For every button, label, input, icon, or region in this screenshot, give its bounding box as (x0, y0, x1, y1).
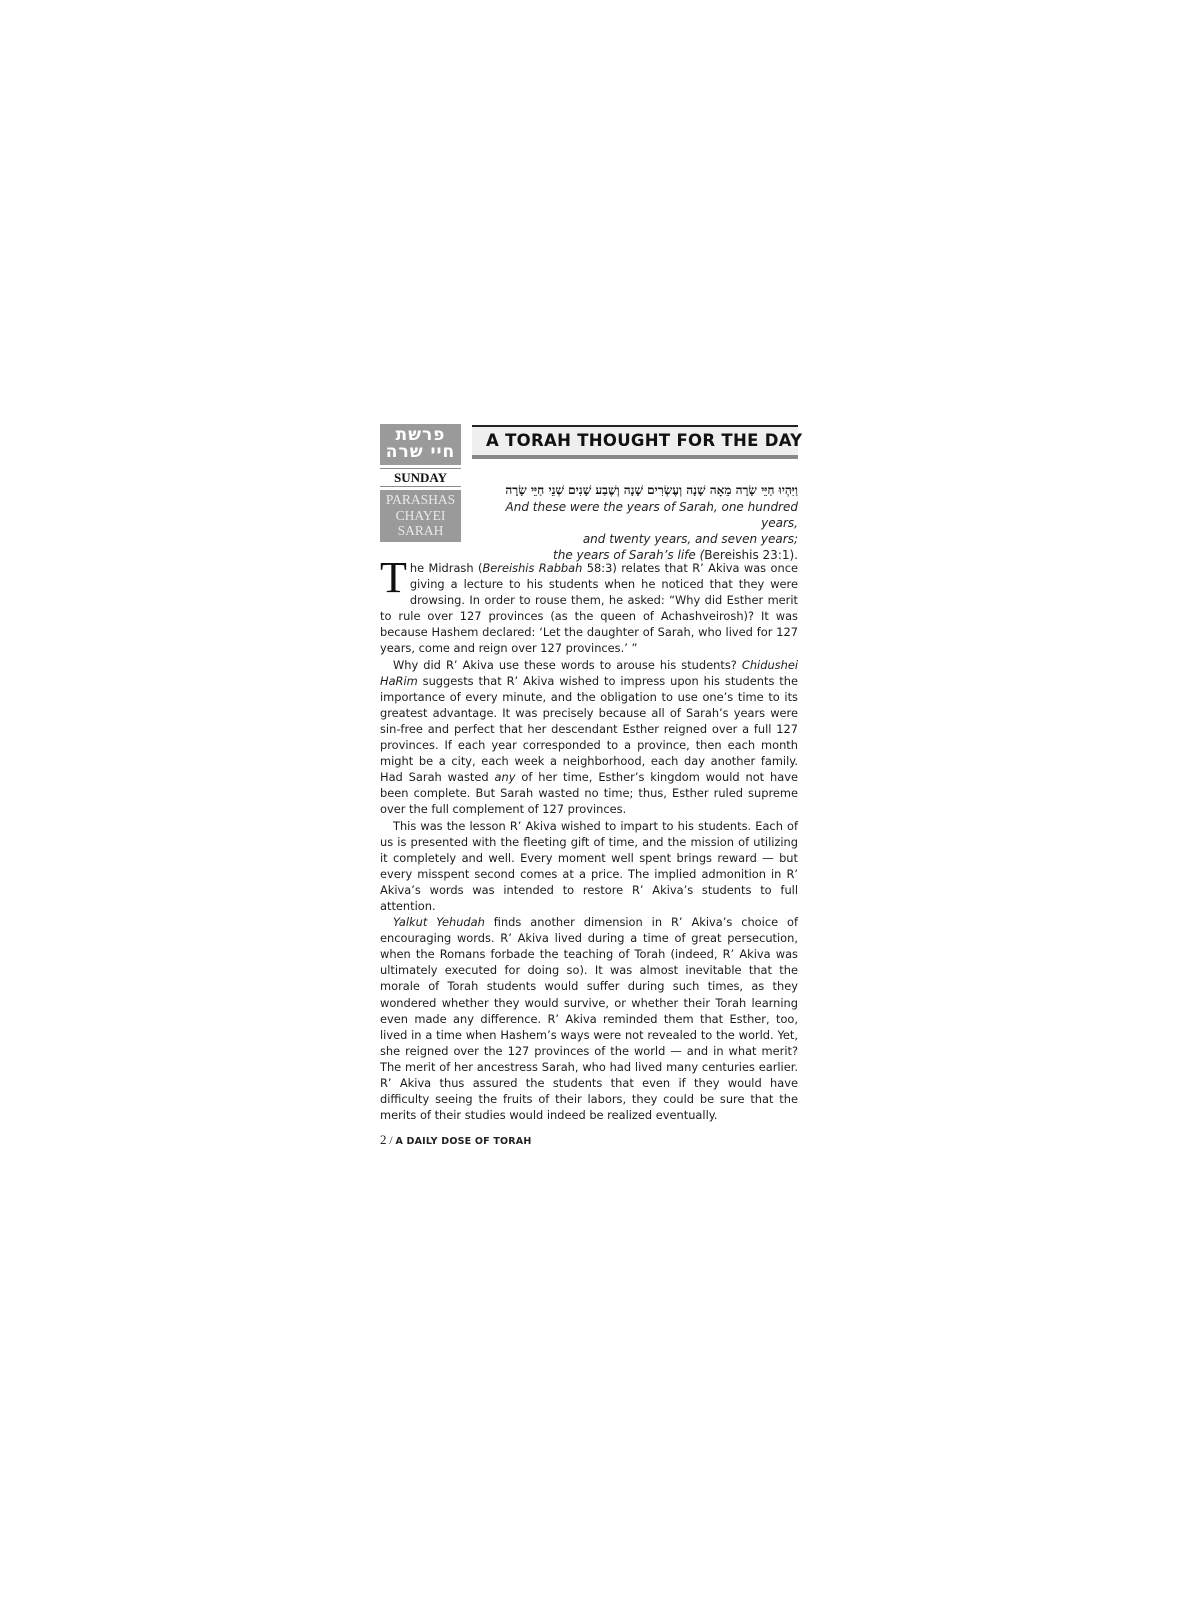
article-body: The Midrash (Bereishis Rabbah 58:3) rela… (380, 560, 798, 1123)
verse-english-line1: And these were the years of Sarah, one h… (472, 499, 798, 531)
parasha-english-line3: SARAH (380, 523, 461, 539)
emphasis: any (495, 770, 516, 784)
parasha-english-box: PARASHAS CHAYEI SARAH (380, 490, 461, 542)
text: suggests that R’ Akiva wished to impress… (380, 674, 798, 785)
parasha-english-line1: PARASHAS (380, 492, 461, 508)
section-header: A TORAH THOUGHT FOR THE DAY (472, 425, 798, 456)
text: 58:3) relates that R’ Akiva was once giv… (380, 561, 798, 655)
text: he Midrash ( (410, 561, 483, 575)
parasha-sidebar: פרשת חיי שרה SUNDAY PARASHAS CHAYEI SARA… (380, 424, 461, 542)
text: Why did R’ Akiva use these words to arou… (393, 658, 742, 672)
parasha-english-line2: CHAYEI (380, 508, 461, 524)
paragraph-3: This was the lesson R’ Akiva wished to i… (380, 818, 798, 915)
text: finds another dimension in R’ Akiva’s ch… (380, 915, 798, 1122)
verse-block: וַיִּהְיוּ חַיֵּי שָׂרָה מֵאָה שָׁנָה וְ… (472, 482, 798, 563)
paragraph-4: Yalkut Yehudah finds another dimension i… (380, 914, 798, 1123)
paragraph-1: The Midrash (Bereishis Rabbah 58:3) rela… (380, 560, 798, 657)
header-underline-bar (472, 455, 798, 459)
parasha-hebrew-box: פרשת חיי שרה (380, 424, 461, 465)
verse-english-line2: and twenty years, and seven years; (472, 531, 798, 547)
verse-hebrew: וַיִּהְיוּ חַיֵּי שָׂרָה מֵאָה שָׁנָה וְ… (472, 482, 798, 499)
parasha-hebrew-line2: חיי שרה (380, 444, 461, 461)
page-footer: 2 / A DAILY DOSE OF TORAH (380, 1132, 532, 1148)
section-title: A TORAH THOUGHT FOR THE DAY (486, 431, 802, 450)
day-label: SUNDAY (380, 468, 461, 487)
source-title: Bereishis Rabbah (482, 561, 582, 575)
drop-cap: T (380, 560, 407, 595)
source-title: Yalkut Yehudah (393, 915, 485, 929)
book-title: A DAILY DOSE OF TORAH (395, 1136, 531, 1147)
paragraph-2: Why did R’ Akiva use these words to arou… (380, 657, 798, 818)
